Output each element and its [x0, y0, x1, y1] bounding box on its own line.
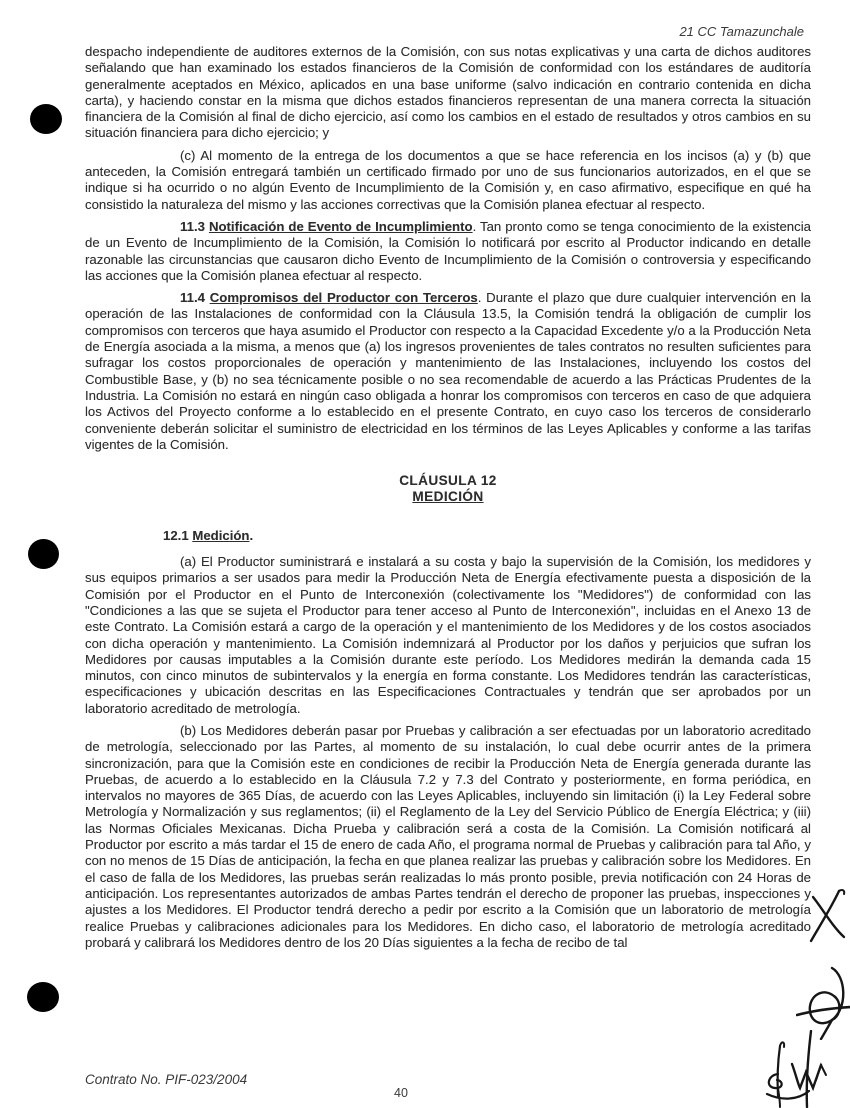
hole-punch-top-icon — [30, 104, 62, 134]
paragraph-clause-a: (a) El Productor suministrará e instalar… — [85, 554, 811, 717]
handwritten-signature-right-icon — [786, 1030, 832, 1108]
section-11-3-number: 11.3 — [180, 219, 205, 234]
hole-punch-middle-icon — [28, 539, 59, 569]
handwritten-initial-loop-icon — [796, 964, 850, 1040]
section-11-3-paragraph: 11.3 Notificación de Evento de Incumplim… — [85, 219, 811, 284]
paragraph-continuation: despacho independiente de auditores exte… — [85, 44, 811, 142]
hole-punch-bottom-icon — [27, 982, 59, 1012]
section-12-1-title: Medición — [192, 528, 249, 543]
handwritten-initial-chi-icon — [808, 888, 848, 944]
clause-12-heading: CLÁUSULA 12 — [85, 473, 811, 489]
section-11-3-title: Notificación de Evento de Incumplimiento — [209, 219, 473, 234]
document-body: despacho independiente de auditores exte… — [85, 44, 811, 957]
contract-number-footer: Contrato No. PIF-023/2004 — [85, 1072, 247, 1087]
section-11-4-title: Compromisos del Productor con Terceros — [210, 290, 478, 305]
section-12-1-heading: 12.1 Medición. — [85, 528, 811, 544]
page-number: 40 — [394, 1086, 408, 1100]
paragraph-clause-b: (b) Los Medidores deberán pasar por Prue… — [85, 723, 811, 951]
clause-12-subheading: MEDICIÓN — [85, 489, 811, 505]
page-header-reference: 21 CC Tamazunchale — [679, 24, 804, 39]
paragraph-clause-c: (c) Al momento de la entrega de los docu… — [85, 148, 811, 213]
scanned-contract-page: 21 CC Tamazunchale despacho independient… — [0, 0, 850, 1108]
section-12-1-number: 12.1 — [163, 528, 189, 543]
section-11-4-paragraph: 11.4 Compromisos del Productor con Terce… — [85, 290, 811, 453]
section-11-4-number: 11.4 — [180, 290, 205, 305]
section-11-4-text: . Durante el plazo que dure cualquier in… — [85, 290, 811, 452]
section-12-1-suffix: . — [250, 528, 254, 543]
